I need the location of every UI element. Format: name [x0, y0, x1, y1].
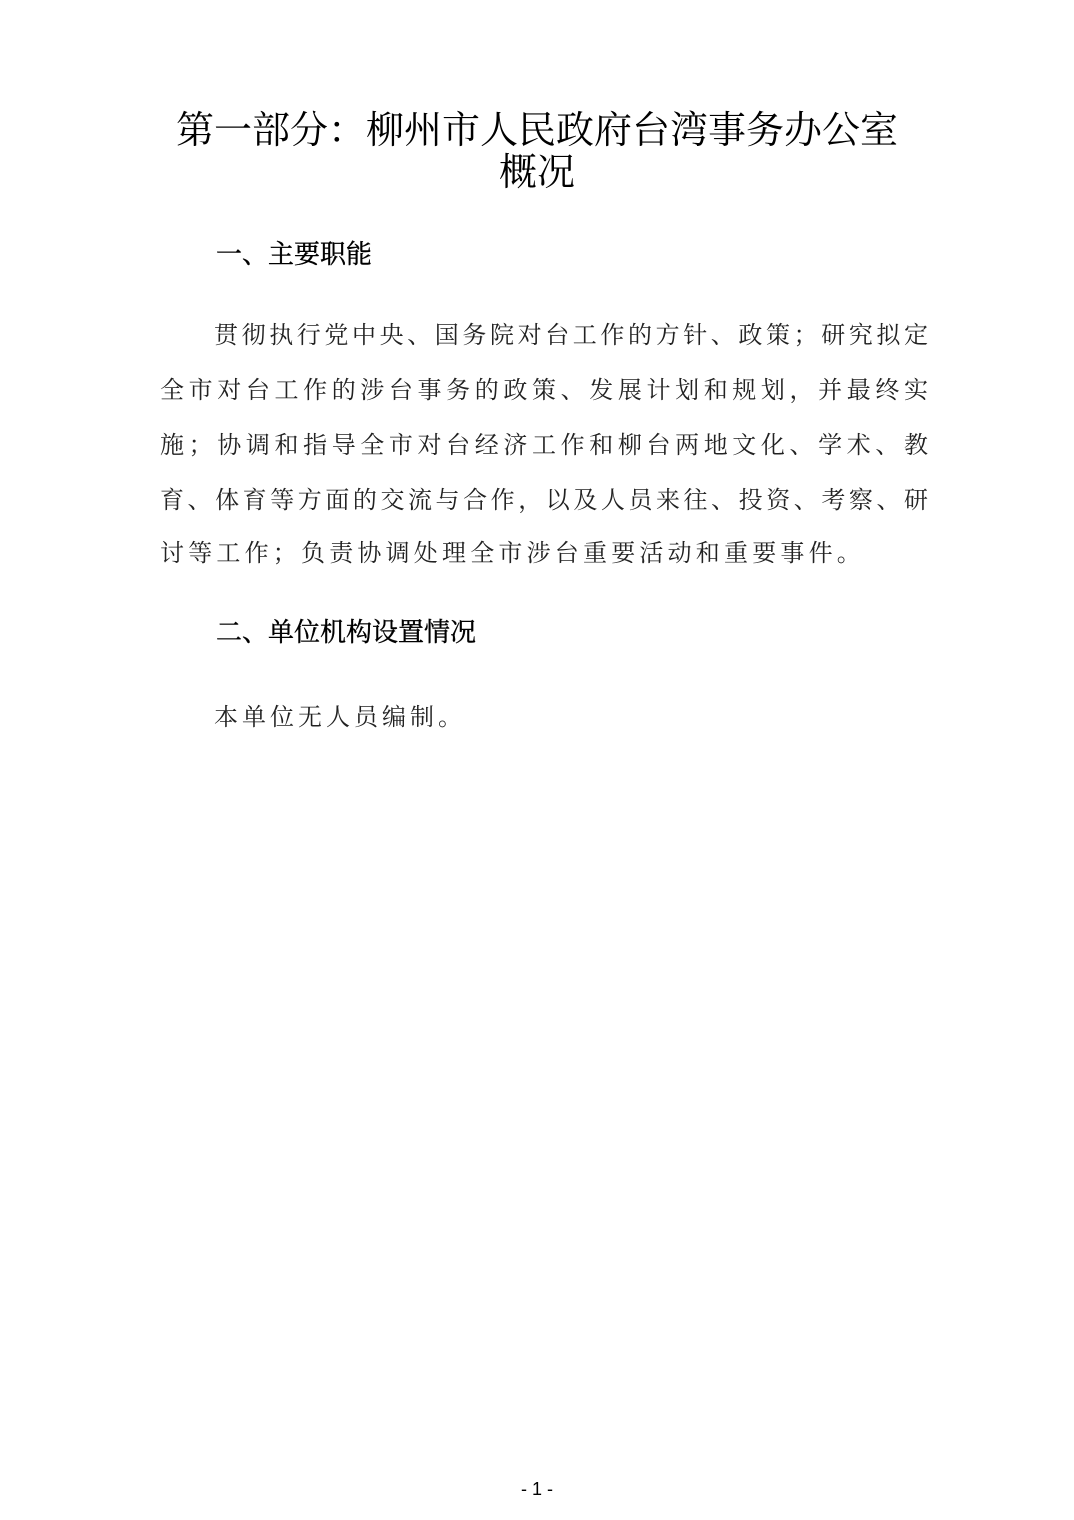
page-number: - 1 -	[0, 1478, 1074, 1500]
section-paragraph-organization: 本单位无人员编制。	[214, 702, 466, 732]
section-heading-main-functions: 一、主要职能	[216, 240, 372, 270]
paragraph-line: 育、体育等方面的交流与合作，以及人员来往、投资、考察、研	[160, 485, 928, 515]
paragraph-line: 贯彻执行党中央、国务院对台工作的方针、政策；研究拟定	[214, 320, 928, 350]
document-page: 第一部分：柳州市人民政府台湾事务办公室 概况 一、主要职能 贯彻执行党中央、国务…	[0, 0, 1074, 1520]
document-title-line-2: 概况	[100, 150, 974, 194]
paragraph-line: 全市对台工作的涉台事务的政策、发展计划和规划，并最终实	[160, 375, 928, 405]
paragraph-line: 讨等工作；负责协调处理全市涉台重要活动和重要事件。	[160, 538, 928, 568]
section-heading-organization: 二、单位机构设置情况	[216, 618, 476, 648]
paragraph-line: 施；协调和指导全市对台经济工作和柳台两地文化、学术、教	[160, 430, 928, 460]
document-title-line-1: 第一部分：柳州市人民政府台湾事务办公室	[100, 108, 974, 152]
